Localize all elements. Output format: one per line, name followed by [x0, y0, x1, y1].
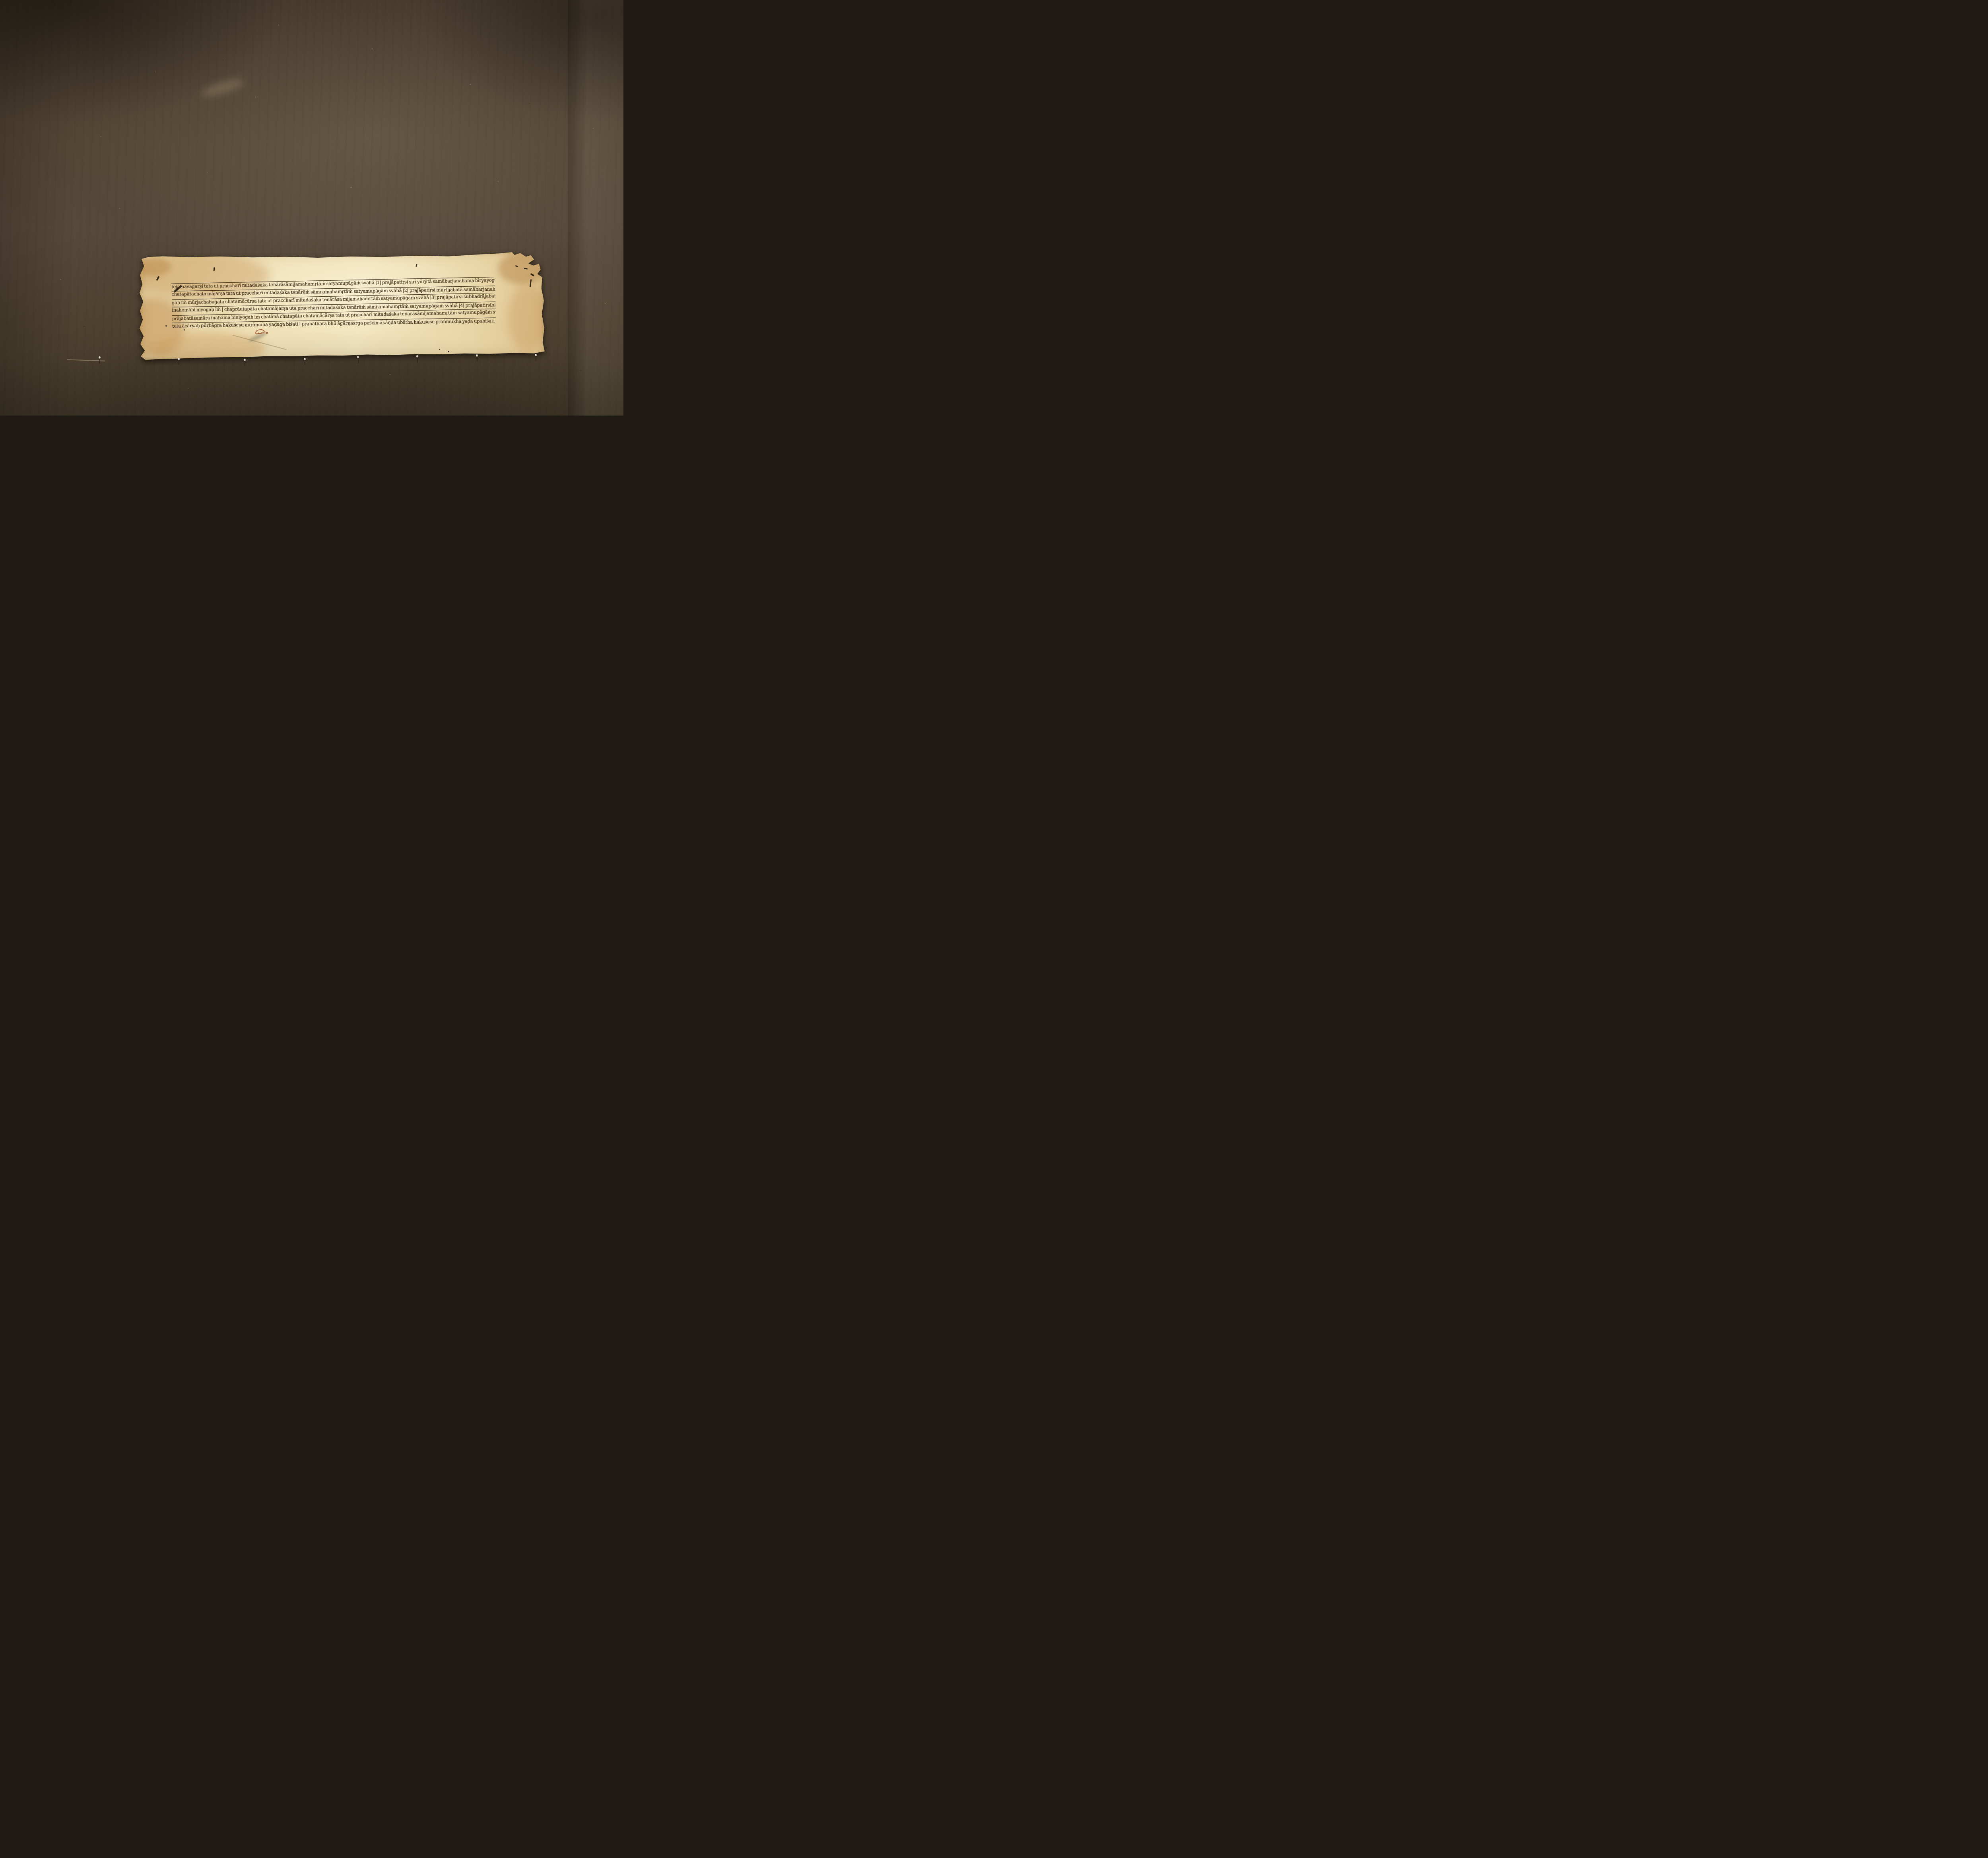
worm-hole — [524, 268, 528, 270]
manuscript-page-shadow-wrap: tejamavagarṣi tata ut praccharī mitadaśa… — [138, 251, 546, 362]
pin-head-icon — [178, 358, 180, 360]
pin-head-icon — [99, 356, 101, 359]
pin — [244, 359, 246, 367]
worm-hole — [156, 276, 159, 281]
text-block: tejamavagarṣi tata ut praccharī mitadaśa… — [171, 276, 496, 330]
stain-bottom-left — [150, 332, 266, 364]
board-right-band — [568, 0, 623, 416]
pin — [99, 356, 101, 364]
ink-speck — [448, 351, 449, 352]
pin — [178, 358, 180, 366]
pin-head-icon — [476, 354, 478, 357]
dust-specks-dark — [0, 0, 1, 1]
pin — [357, 356, 359, 364]
photograph-of-manuscript: tejamavagarṣi tata ut praccharī mitadaśa… — [0, 0, 623, 416]
pin — [416, 355, 419, 363]
pin — [535, 354, 537, 362]
ink-speck — [439, 349, 440, 350]
pin-head-icon — [416, 355, 418, 358]
pin — [476, 354, 478, 362]
ink-speck — [165, 325, 167, 327]
worm-hole — [530, 279, 532, 287]
red-scribal-mark-icon — [254, 328, 269, 336]
pin-head-icon — [304, 358, 306, 360]
worm-hole — [415, 264, 417, 267]
pin-head-icon — [357, 356, 359, 358]
stain-top-left-corner — [135, 258, 171, 276]
stain-torn-corner — [498, 253, 546, 284]
pin-head-icon — [535, 354, 537, 356]
worm-hole — [214, 267, 215, 271]
manuscript-page: tejamavagarṣi tata ut praccharī mitadaśa… — [138, 251, 546, 362]
pin — [304, 358, 306, 366]
pin-head-icon — [244, 359, 246, 361]
worm-hole — [515, 265, 518, 268]
stain-right-edge — [508, 284, 548, 352]
worm-hole — [530, 273, 534, 276]
